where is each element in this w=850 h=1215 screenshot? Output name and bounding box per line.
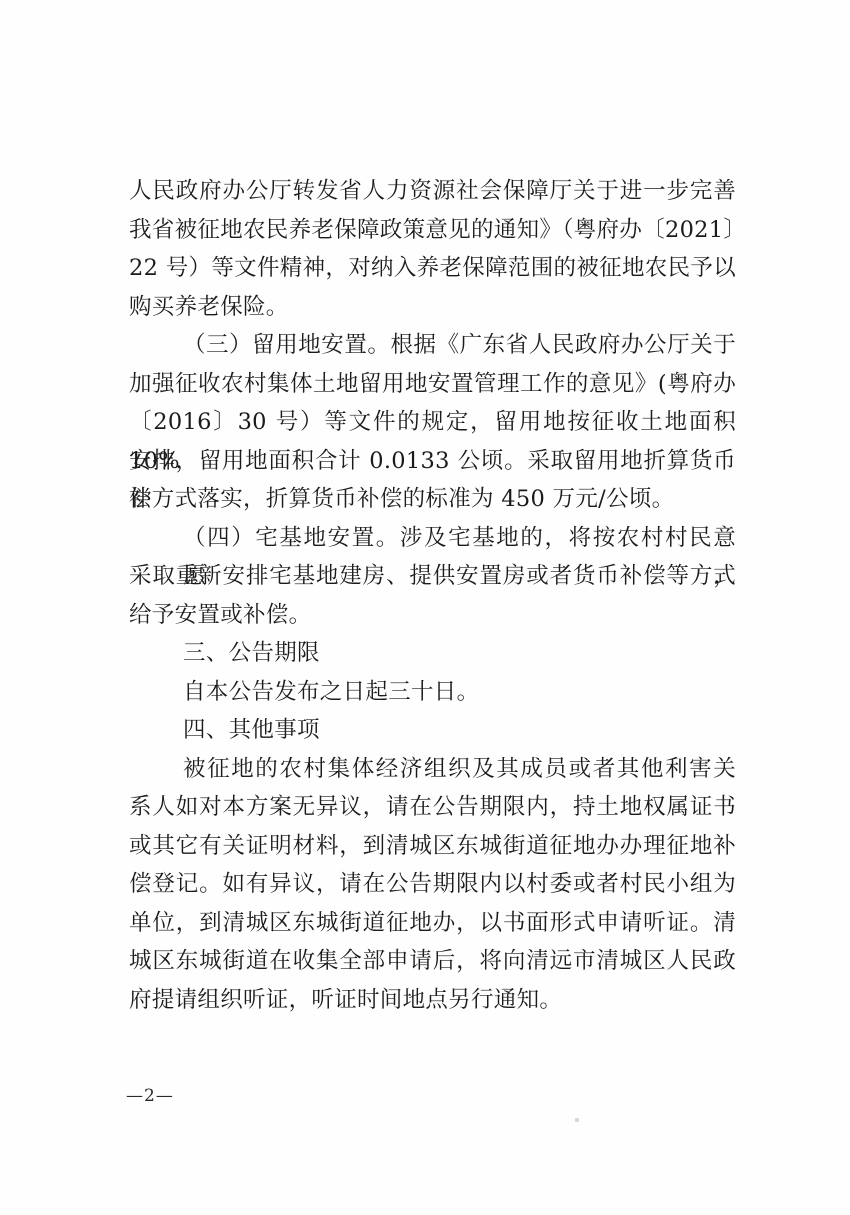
document-line: 〔2016〕30 号）等文件的规定，留用地按征收土地面积 10%	[129, 403, 736, 442]
document-section-heading: 三、公告期限	[129, 634, 736, 673]
document-line: （三）留用地安置。根据《广东省人民政府办公厅关于	[129, 326, 736, 365]
document-line: 我省被征地农民养老保障政策意见的通知》（粤府办〔2021〕	[129, 211, 736, 250]
document-line: 安排，留用地面积合计 0.0133 公顷。采取留用地折算货币补	[129, 442, 736, 481]
document-section-heading: 四、其他事项	[129, 711, 736, 750]
document-line: 被征地的农村集体经济组织及其成员或者其他利害关	[129, 750, 736, 789]
document-body: 人民政府办公厅转发省人力资源社会保障厅关于进一步完善 我省被征地农民养老保障政策…	[129, 172, 736, 1019]
document-line: 自本公告发布之日起三十日。	[129, 673, 736, 712]
document-line: 给予安置或补偿。	[129, 596, 736, 635]
document-line: 偿方式落实，折算货币补偿的标准为 450 万元/公顷。	[129, 480, 736, 519]
document-line: 购买养老保险。	[129, 288, 736, 327]
document-line: 系人如对本方案无异议，请在公告期限内，持土地权属证书	[129, 788, 736, 827]
document-line: 加强征收农村集体土地留用地安置管理工作的意见》(粤府办	[129, 365, 736, 404]
document-line: 采取重新安排宅基地建房、提供安置房或者货币补偿等方式	[129, 557, 736, 596]
page-number: —2—	[126, 1086, 174, 1106]
document-line: 偿登记。如有异议，请在公告期限内以村委或者村民小组为	[129, 865, 736, 904]
document-line: 人民政府办公厅转发省人力资源社会保障厅关于进一步完善	[129, 172, 736, 211]
document-page: 人民政府办公厅转发省人力资源社会保障厅关于进一步完善 我省被征地农民养老保障政策…	[0, 0, 850, 1215]
document-line: （四）宅基地安置。涉及宅基地的，将按农村村民意愿，	[129, 519, 736, 558]
document-line: 府提请组织听证，听证时间地点另行通知。	[129, 981, 736, 1020]
document-line: 单位，到清城区东城街道征地办，以书面形式申请听证。清	[129, 904, 736, 943]
scan-artifact-speck	[575, 1118, 579, 1122]
document-line: 或其它有关证明材料，到清城区东城街道征地办办理征地补	[129, 827, 736, 866]
document-line: 22 号）等文件精神，对纳入养老保障范围的被征地农民予以	[129, 249, 736, 288]
document-line: 城区东城街道在收集全部申请后，将向清远市清城区人民政	[129, 942, 736, 981]
